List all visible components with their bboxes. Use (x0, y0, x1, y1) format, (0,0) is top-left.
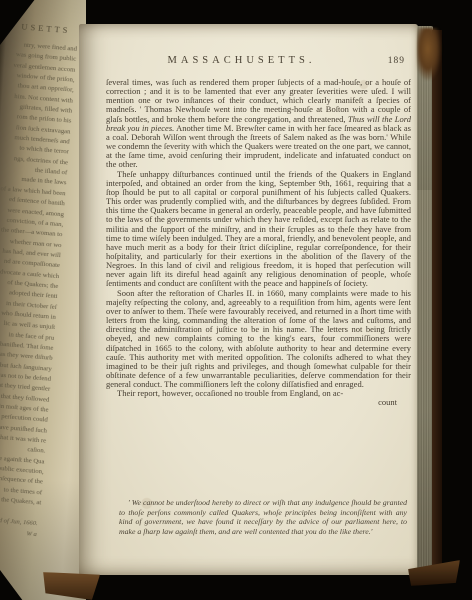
catchword: count (106, 398, 411, 407)
book-photo-scene: USETTS ntry, were fined and was going fr… (0, 0, 472, 600)
left-page-edge: USETTS ntry, were fined and was going fr… (0, 0, 86, 600)
body-text: ſeveral times, was ſuch as rendered them… (106, 78, 411, 408)
footnote: ' We cannot be underſtood hereby to dire… (119, 498, 407, 536)
paragraph-continuation: ſeveral times, was ſuch as rendered them… (106, 78, 411, 170)
left-page-content: USETTS ntry, were fined and was going fr… (0, 19, 87, 541)
page-number: 189 (388, 56, 405, 66)
worn-corner (417, 28, 441, 80)
paragraph: Their report, however, occaſioned no tro… (106, 389, 411, 398)
left-page-running-head-fragment: USETTS (0, 19, 87, 36)
book-cover-edge (432, 30, 442, 576)
left-page-footnote-fragment: ed of Jun, 1660. W a (0, 512, 48, 541)
running-head: MASSACHUSETTS. 189 (106, 55, 411, 68)
page-block-fore-edge (417, 26, 433, 573)
running-head-title: MASSACHUSETTS. (106, 55, 377, 66)
right-page: MASSACHUSETTS. 189 ſeveral times, was ſu… (79, 24, 418, 575)
paragraph: Theſe unhappy diſturbances continued unt… (106, 170, 411, 289)
left-page-text-fragments: ntry, were fined and was going from publ… (0, 38, 85, 509)
paragraph: Soon after the reſtoration of Charles II… (106, 289, 411, 390)
